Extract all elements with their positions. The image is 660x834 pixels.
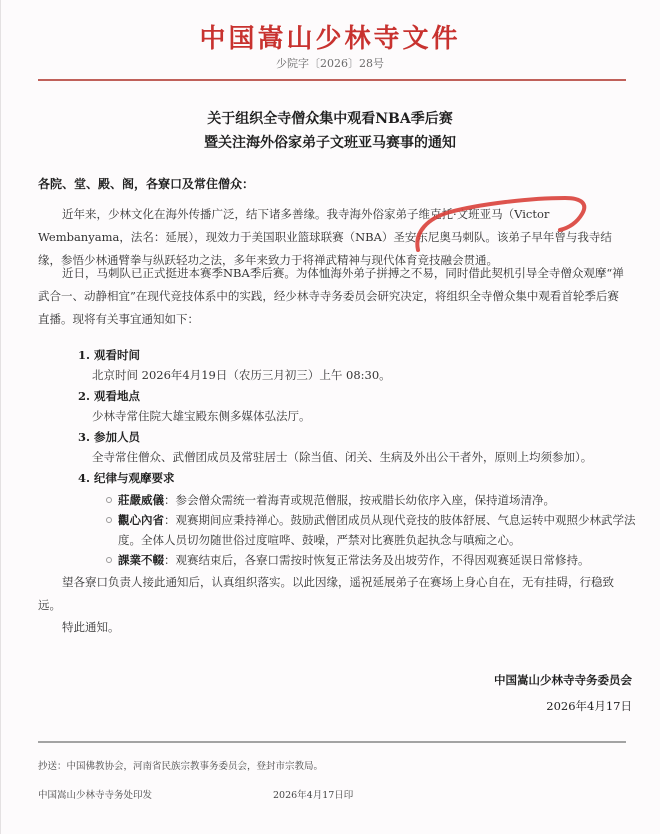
sub-item-label: 課業不輟 <box>118 553 164 567</box>
print-date: 2026年4月17日印 <box>273 787 353 801</box>
signature-date: 2026年4月17日 <box>494 693 632 719</box>
list-item-discipline: 4. 纪律与观摩要求 莊嚴威儀：参会僧众需统一着海青或规范僧服，按戒腊长幼依序入… <box>78 468 638 570</box>
signature-organization: 中国嵩山少林寺寺务委员会 <box>494 667 632 693</box>
notice-items-list: 1. 观看时间 北京时间 2026年4月19日（农历三月初三）上午 08:30。… <box>78 345 638 570</box>
discipline-sub-list: 莊嚴威儀：参会僧众需统一着海青或规范僧服，按戒腊长幼依序入座，保持道场清净。 觀… <box>78 490 638 570</box>
notice-title-line-1: 关于组织全寺僧众集中观看NBA季后赛 <box>0 107 660 131</box>
list-item-heading: 4. 纪律与观摩要求 <box>78 468 638 488</box>
document-header-title: 中国嵩山少林寺文件 <box>0 18 660 55</box>
salutation: 各院、堂、殿、阁，各寮口及常住僧众： <box>38 173 628 196</box>
list-item-heading: 2. 观看地点 <box>78 386 638 406</box>
signature-block: 中国嵩山少林寺寺务委员会 2026年4月17日 <box>494 667 632 719</box>
list-item-heading: 3. 参加人员 <box>78 427 638 447</box>
paragraph-decision: 近日，马刺队已正式挺进本赛季NBA季后赛。为体恤海外弟子拼搏之不易，同时借此契机… <box>38 262 628 331</box>
sub-item-text: ：参会僧众需统一着海青或规范僧服，按戒腊长幼依序入座，保持道场清净。 <box>164 493 555 507</box>
print-info-line: 中国嵩山少林寺寺务处印发 2026年4月17日印 <box>38 787 638 801</box>
notice-title-line-2: 暨关注海外俗家弟子文班亚马赛事的通知 <box>0 131 660 155</box>
list-item-participants: 3. 参加人员 全寺常住僧众、武僧团成员及常驻居士（除当值、闭关、生病及外出公干… <box>78 427 638 468</box>
sub-item-text: ：观赛期间应秉持禅心。鼓励武僧团成员从现代竞技的肢体舒展、气息运转中观照少林武学… <box>118 513 636 547</box>
sub-item-label: 莊嚴威儀 <box>118 493 164 507</box>
hollow-circle-bullet-icon <box>106 557 112 563</box>
sub-item-text: ：观赛结束后，各寮口需按时恢复正常法务及出坡劳作，不得因观赛延误日常修持。 <box>164 553 590 567</box>
document-number: 少院字〔2026〕28号 <box>0 55 660 71</box>
list-item-viewing-location: 2. 观看地点 少林寺常住院大雄宝殿东侧多媒体弘法厅。 <box>78 386 638 427</box>
list-item-body: 北京时间 2026年4月19日（农历三月初三）上午 08:30。 <box>78 365 638 386</box>
list-item-viewing-time: 1. 观看时间 北京时间 2026年4月19日（农历三月初三）上午 08:30。 <box>78 345 638 386</box>
sub-item-label: 觀心內省 <box>118 513 164 527</box>
list-item-heading: 1. 观看时间 <box>78 345 638 365</box>
issuer: 中国嵩山少林寺寺务处印发 <box>38 790 152 801</box>
list-item-body: 全寺常住僧众、武僧团成员及常驻居士（除当值、闭关、生病及外出公干者外，原则上均须… <box>78 447 638 468</box>
paragraph-notice-end: 特此通知。 <box>38 616 628 639</box>
hollow-circle-bullet-icon <box>106 497 112 503</box>
notice-title: 关于组织全寺僧众集中观看NBA季后赛 暨关注海外俗家弟子文班亚马赛事的通知 <box>0 107 660 155</box>
header-red-rule <box>38 79 626 81</box>
hollow-circle-bullet-icon <box>106 517 112 523</box>
cc-recipients: 抄送：中国佛教协会，河南省民族宗教事务委员会，登封市宗教局。 <box>38 758 323 772</box>
list-item-body: 少林寺常住院大雄宝殿东侧多媒体弘法厅。 <box>78 406 638 427</box>
footer-grey-rule <box>38 741 626 743</box>
sub-item-duties-continue: 課業不輟：观赛结束后，各寮口需按时恢复正常法务及出坡劳作，不得因观赛延误日常修持… <box>106 550 638 570</box>
paragraph-closing: 望各寮口负责人接此通知后，认真组织落实。以此因缘，遥祝延展弟子在赛场上身心自在，… <box>38 571 628 617</box>
sub-item-introspection: 觀心內省：观赛期间应秉持禅心。鼓励武僧团成员从现代竞技的肢体舒展、气息运转中观照… <box>106 510 638 550</box>
sub-item-dignified-conduct: 莊嚴威儀：参会僧众需统一着海青或规范僧服，按戒腊长幼依序入座，保持道场清净。 <box>106 490 638 510</box>
